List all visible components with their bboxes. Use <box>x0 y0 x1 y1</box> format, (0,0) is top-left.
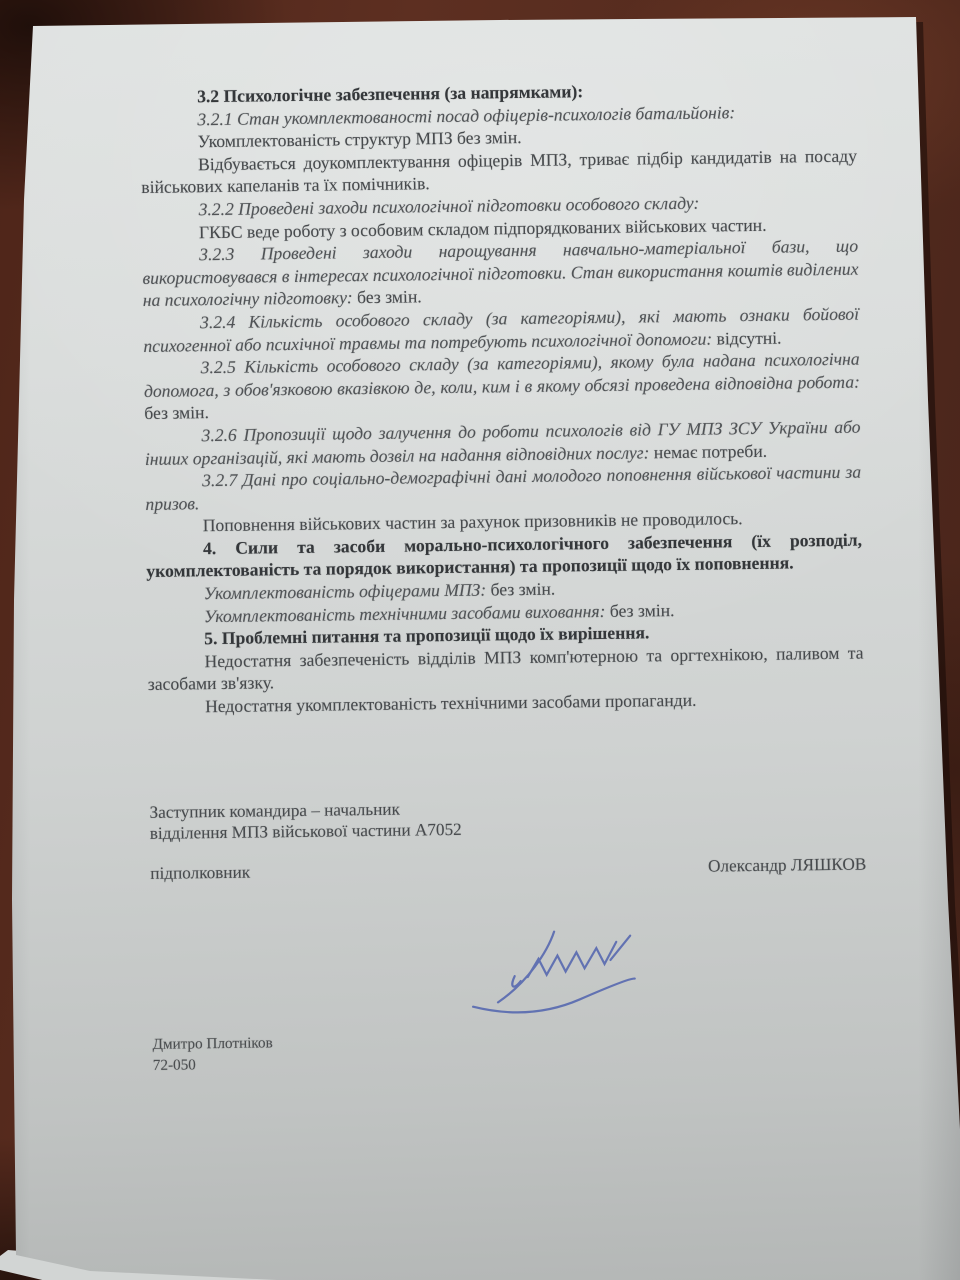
item-3-2-3: 3.2.3 Проведені заходи нарощування навча… <box>142 235 859 312</box>
signoff-rank: підполковник <box>150 861 250 884</box>
signoff-name: Олександр ЛЯШКОВ <box>708 853 866 877</box>
executor-block: Дмитро Плотніков 72-050 <box>152 1025 868 1076</box>
signoff-block: Заступник командира – начальник відділен… <box>149 792 866 884</box>
item-3-2-5: 3.2.5 Кількість особового складу (за кат… <box>144 348 861 425</box>
photo-of-document: 3.2 Психологічне забезпечення (за напрям… <box>0 0 960 1280</box>
document-content: 3.2 Психологічне забезпечення (за напрям… <box>140 77 872 1276</box>
signoff-rank-row: підполковник Олександр ЛЯШКОВ <box>150 853 866 884</box>
section-4-heading: 4. Сили та засоби морально-психологічног… <box>146 528 863 583</box>
signature-scribble <box>469 922 650 1019</box>
